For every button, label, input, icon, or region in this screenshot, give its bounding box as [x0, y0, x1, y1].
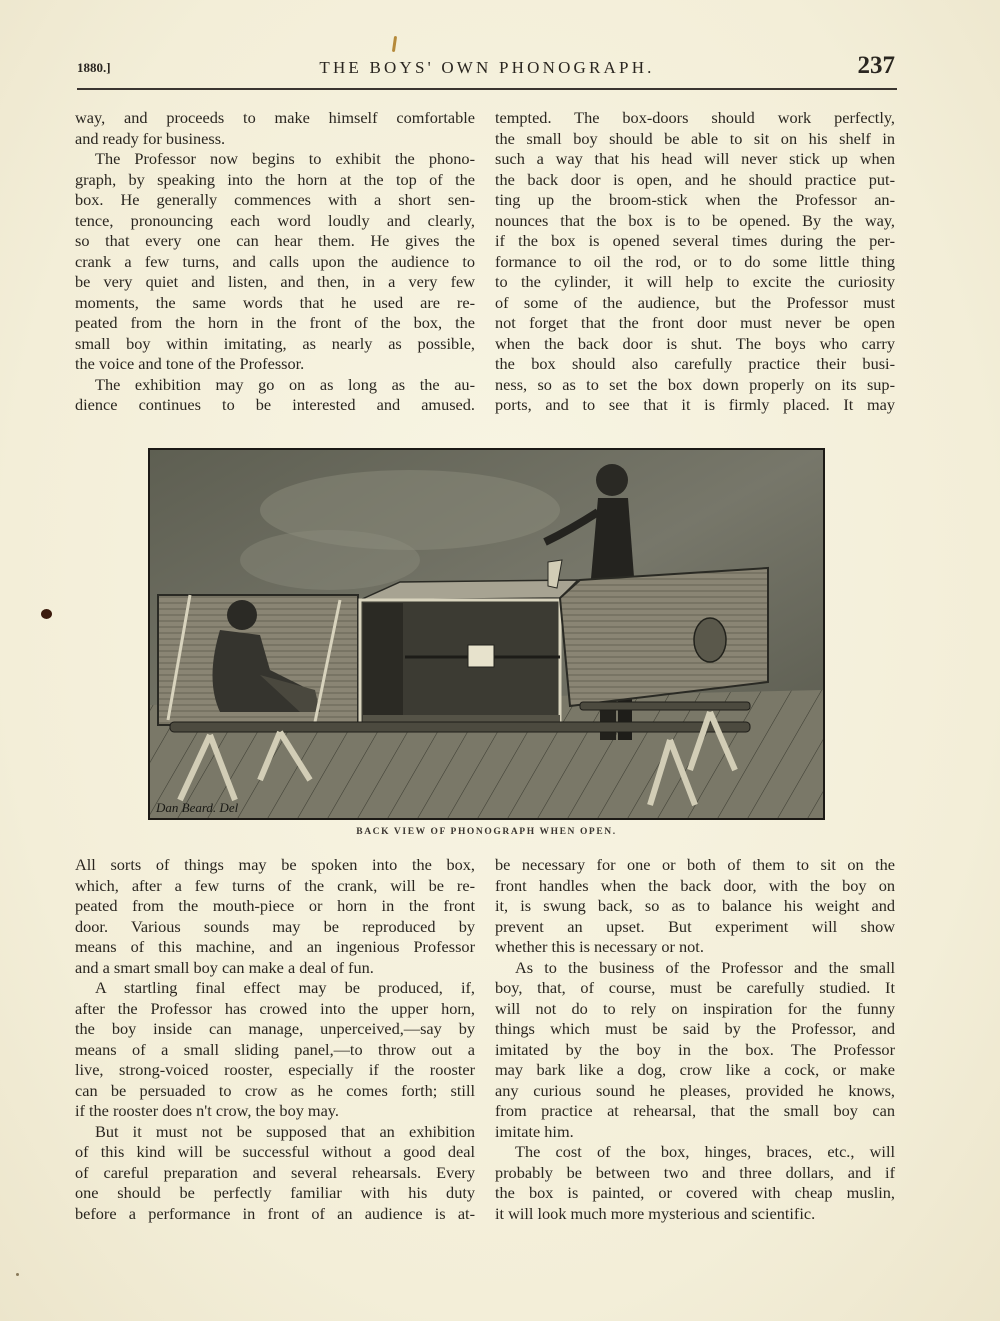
text-line: to the cylinder, it will help to excite … — [495, 272, 895, 293]
text-line: before a performance in front of an audi… — [75, 1204, 475, 1225]
text-line: As to the business of the Professor and … — [495, 958, 895, 979]
text-line: live, strong-voiced rooster, especially … — [75, 1060, 475, 1081]
text-line: one should be perfectly familiar with hi… — [75, 1183, 475, 1204]
text-line: of some of the audience, but the Profess… — [495, 293, 895, 314]
text-line: ports, and to see that it is firmly plac… — [495, 395, 895, 416]
text-line: when the back door is shut. The boys who… — [495, 334, 895, 355]
text-line: way, and proceeds to make himself comfor… — [75, 108, 475, 129]
text-line: the voice and tone of the Professor. — [75, 354, 475, 375]
text-line: if the box is opened several times durin… — [495, 231, 895, 252]
text-line: formance to oil the rod, or to do some l… — [495, 252, 895, 273]
text-line: the boy inside can manage, unperceived,—… — [75, 1019, 475, 1040]
text-line: can be persuaded to crow as he comes for… — [75, 1081, 475, 1102]
text-line: be necessary for one or both of them to … — [495, 855, 895, 876]
text-line: peated from the horn in the front of the… — [75, 313, 475, 334]
text-line: small boy within imitating, as nearly as… — [75, 334, 475, 355]
text-line: box. He generally commences with a short… — [75, 190, 475, 211]
text-line: crank a few turns, and calls upon the au… — [75, 252, 475, 273]
text-line: The Professor now begins to exhibit the … — [75, 149, 475, 170]
text-line: be very quiet and listen, and then, in a… — [75, 272, 475, 293]
text-line: if the rooster does n't crow, the boy ma… — [75, 1101, 475, 1122]
text-line: it will look much more mysterious and sc… — [495, 1204, 895, 1225]
text-line: which, after a few turns of the crank, w… — [75, 876, 475, 897]
column-bottom-right: be necessary for one or both of them to … — [495, 855, 895, 1224]
text-line: The exhibition may go on as long as the … — [75, 375, 475, 396]
running-head: 1880.] THE BOYS' OWN PHONOGRAPH. 237 — [77, 52, 897, 82]
text-line: of careful preparation and several rehea… — [75, 1163, 475, 1184]
ink-stain — [392, 36, 397, 52]
text-line: things which must be said by the Profess… — [495, 1019, 895, 1040]
text-line: moments, the same words that he used are… — [75, 293, 475, 314]
text-line: tempted. The box-doors should work perfe… — [495, 108, 895, 129]
text-line: door. Various sounds may be reproduced b… — [75, 917, 475, 938]
text-line: boy, that, of course, must be carefully … — [495, 978, 895, 999]
svg-text:Dan Beard. Del: Dan Beard. Del — [155, 800, 239, 815]
column-bottom-left: All sorts of things may be spoken into t… — [75, 855, 475, 1224]
page-number: 237 — [858, 52, 896, 80]
text-line: probably be between two and three dollar… — [495, 1163, 895, 1184]
text-line: of this kind will be successful without … — [75, 1142, 475, 1163]
text-line: imitated by the boy in the box. The Prof… — [495, 1040, 895, 1061]
text-line: will not do to rely on inspiration for t… — [495, 999, 895, 1020]
text-line: imitate him. — [495, 1122, 895, 1143]
text-line: such a way that his head will never stic… — [495, 149, 895, 170]
text-line: so that every one can hear them. He give… — [75, 231, 475, 252]
book-page: 1880.] THE BOYS' OWN PHONOGRAPH. 237 way… — [0, 0, 1000, 1321]
text-line: not forget that the front door must neve… — [495, 313, 895, 334]
column-top-left: way, and proceeds to make himself comfor… — [75, 108, 475, 416]
engraving-illustration: Dan Beard. Del — [148, 448, 825, 820]
figure-caption: BACK VIEW OF PHONOGRAPH WHEN OPEN. — [148, 827, 825, 837]
text-line: from practice at rehearsal, that the sma… — [495, 1101, 895, 1122]
text-line: front handles when the back door, with t… — [495, 876, 895, 897]
text-line: it, is swung back, so as to balance his … — [495, 896, 895, 917]
text-line: means of a small sliding panel,—to throw… — [75, 1040, 475, 1061]
text-line: All sorts of things may be spoken into t… — [75, 855, 475, 876]
running-head-title: THE BOYS' OWN PHONOGRAPH. — [77, 58, 897, 78]
text-line: But it must not be supposed that an exhi… — [75, 1122, 475, 1143]
text-line: dience continues to be interested and am… — [75, 395, 475, 416]
text-line: means of this machine, and an ingenious … — [75, 937, 475, 958]
header-rule — [77, 88, 897, 90]
text-line: peated from the mouth-piece or horn in t… — [75, 896, 475, 917]
text-line: tence, pronouncing each word loudly and … — [75, 211, 475, 232]
paper-speck — [16, 1273, 19, 1276]
text-line: and a smart small boy can make a deal of… — [75, 958, 475, 979]
text-line: the back door is open, and he should pra… — [495, 170, 895, 191]
text-line: may bark like a dog, crow like a cock, o… — [495, 1060, 895, 1081]
text-line: any curious sound he pleases, provided h… — [495, 1081, 895, 1102]
text-line: ting up the broom-stick when the Profess… — [495, 190, 895, 211]
text-line: The cost of the box, hinges, braces, etc… — [495, 1142, 895, 1163]
ink-spot — [41, 609, 52, 619]
text-line: nounces that the box is to be opened. By… — [495, 211, 895, 232]
text-line: prevent an upset. But experiment will sh… — [495, 917, 895, 938]
text-line: the box is painted, or covered with chea… — [495, 1183, 895, 1204]
text-line: whether this is necessary or not. — [495, 937, 895, 958]
text-line: after the Professor has crowed into the … — [75, 999, 475, 1020]
text-line: ness, so as to set the box down properly… — [495, 375, 895, 396]
column-top-right: tempted. The box-doors should work perfe… — [495, 108, 895, 416]
text-line: the small boy should be able to sit on h… — [495, 129, 895, 150]
text-line: the box should also carefully practice t… — [495, 354, 895, 375]
text-line: and ready for business. — [75, 129, 475, 150]
text-line: graph, by speaking into the horn at the … — [75, 170, 475, 191]
text-line: A startling final effect may be produced… — [75, 978, 475, 999]
phonograph-engraving-icon: Dan Beard. Del — [150, 450, 823, 818]
